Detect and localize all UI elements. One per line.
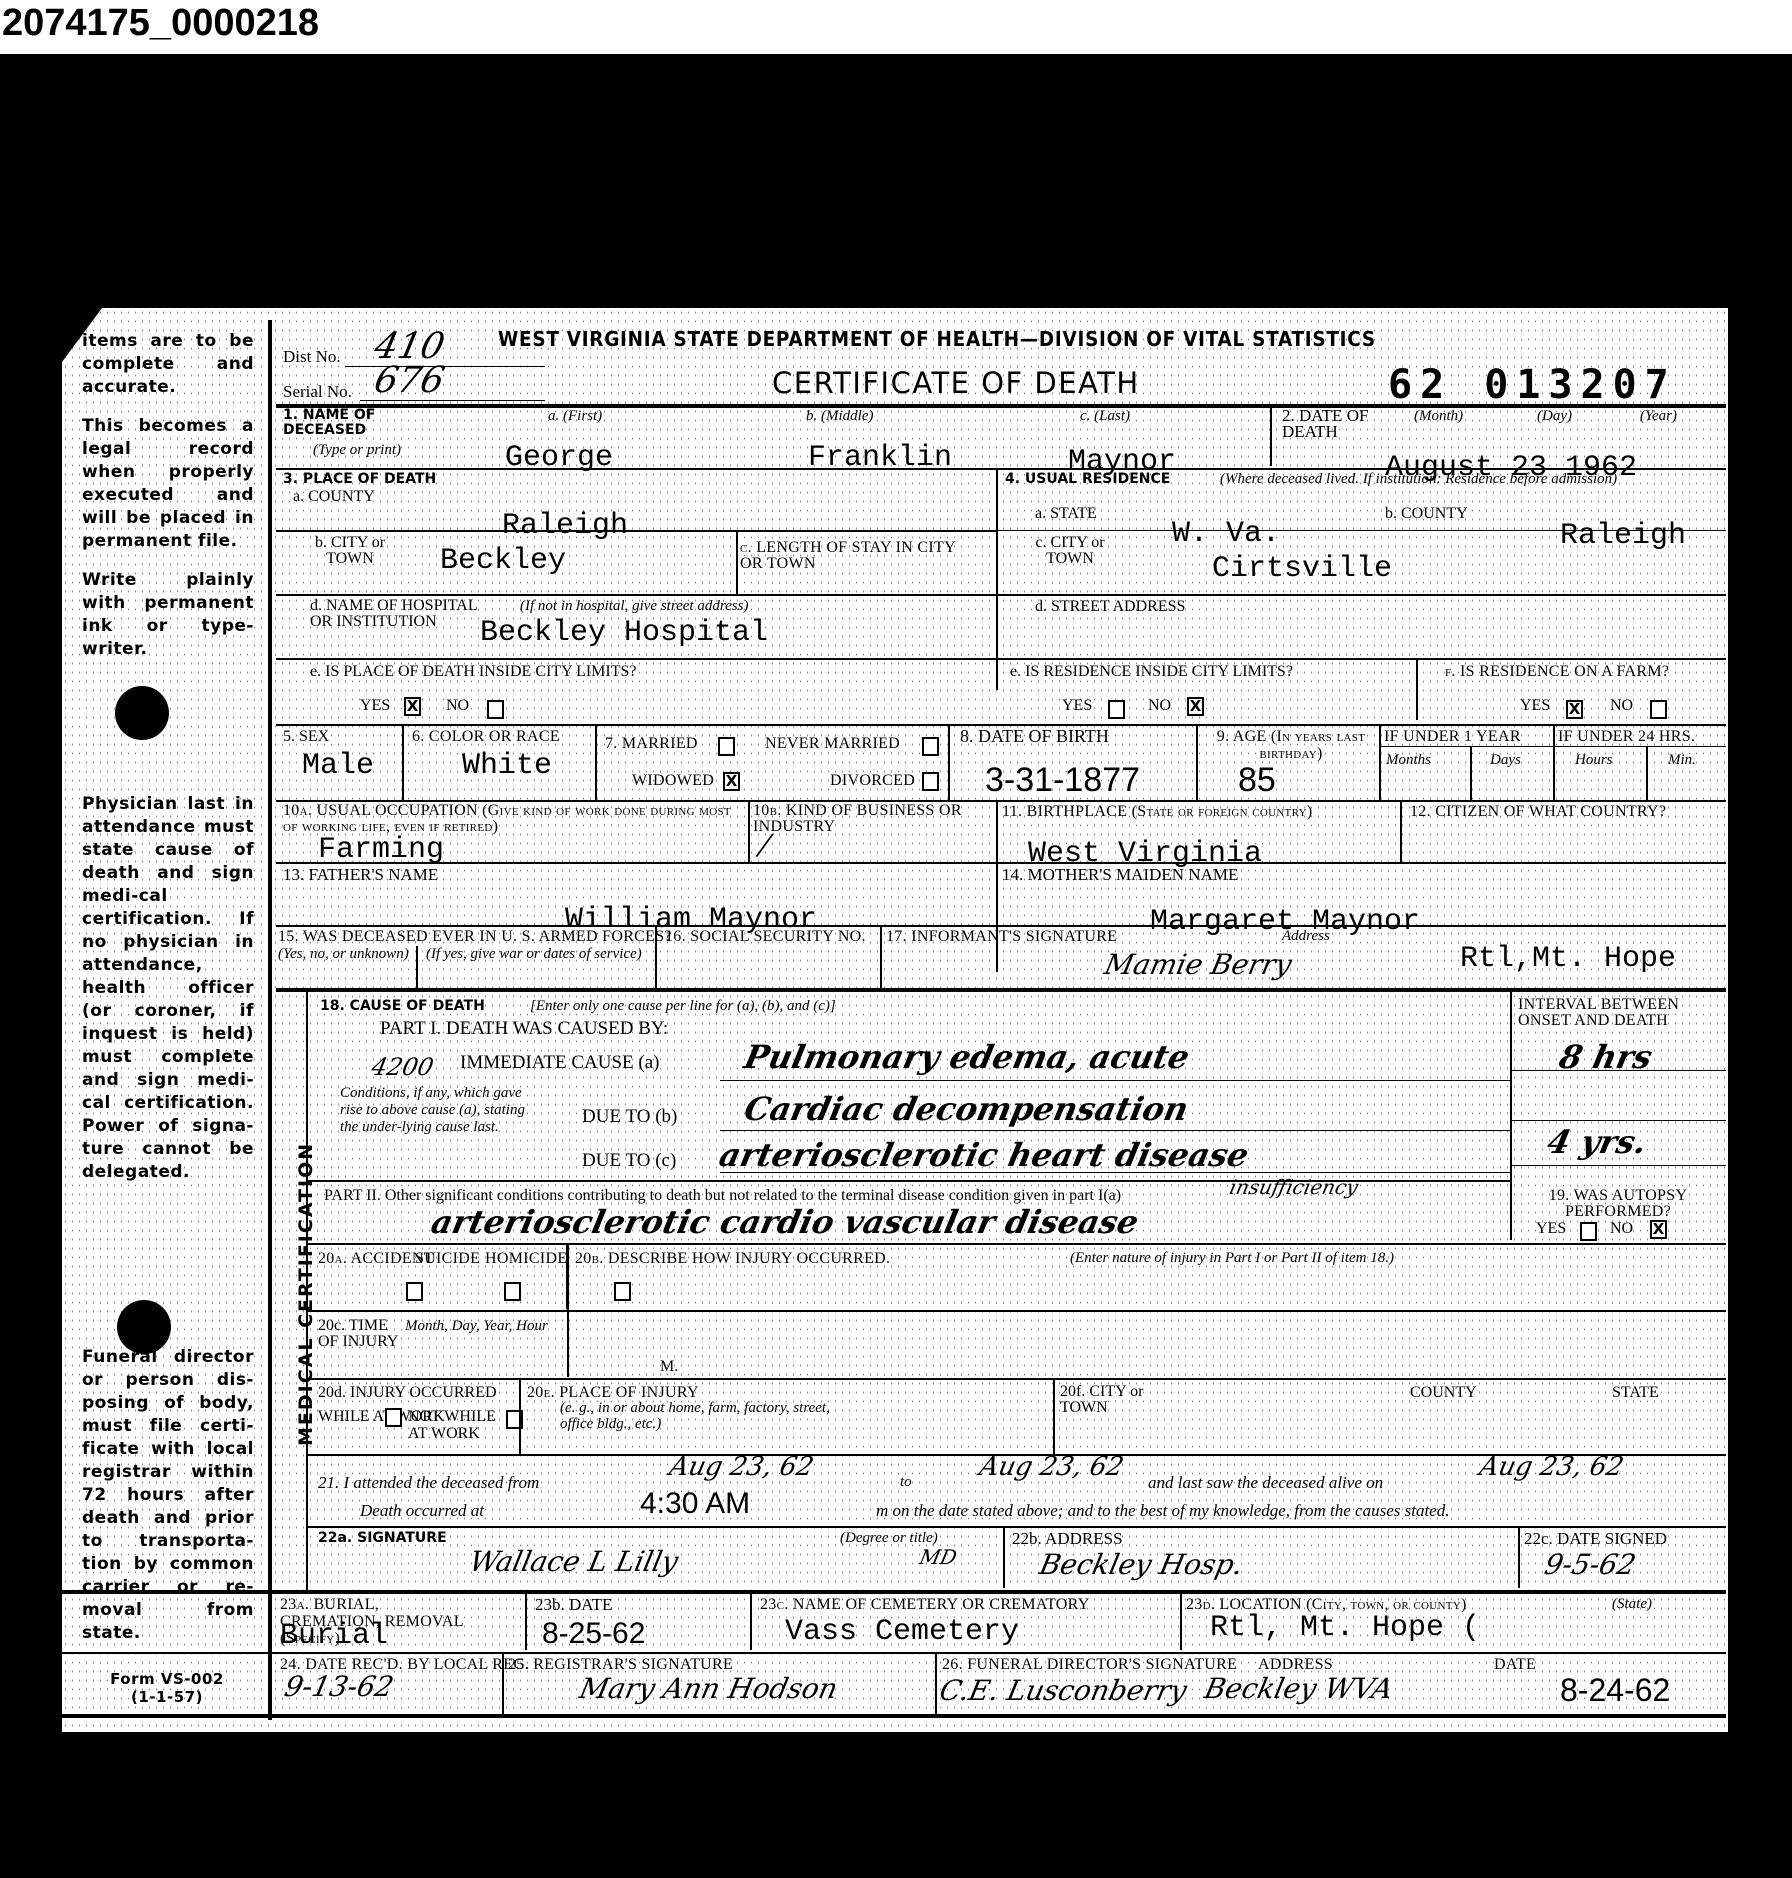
divider: [1646, 746, 1648, 800]
attended-to-value: Aug 23, 62: [976, 1450, 1126, 1484]
dist-no-label: Dist No.: [283, 348, 341, 365]
residence-city-limits-label: e. IS RESIDENCE INSIDE CITY LIMITS?: [1010, 663, 1293, 680]
cemetery-location-value: Rtl, Mt. Hope (: [1210, 1612, 1480, 1644]
yes-label: YES: [1536, 1220, 1566, 1237]
divider: [996, 802, 998, 972]
death-county-value: Raleigh: [502, 510, 628, 542]
divider: [1196, 726, 1198, 800]
funeral-date-label: DATE: [1494, 1656, 1536, 1673]
hospital-value: Beckley Hospital: [480, 617, 768, 649]
rule: [62, 1652, 1726, 1654]
rule: [720, 1172, 1510, 1173]
cemetery-label: 23c. NAME OF CEMETERY OR CREMATORY: [760, 1596, 1090, 1613]
rule: [276, 404, 1726, 408]
injury-occurred-label: 20d. INJURY OCCURRED: [318, 1384, 497, 1401]
residence-city-limits-yes-checkbox[interactable]: [1108, 700, 1125, 719]
homicide-label: HOMICIDE: [485, 1250, 567, 1267]
no-label: NO: [1148, 697, 1171, 714]
farm-yes-checkbox[interactable]: X: [1566, 700, 1583, 719]
informant-address-value: Rtl,Mt. Hope: [1460, 943, 1676, 975]
min-label: Min.: [1668, 752, 1696, 769]
rule: [306, 1310, 1726, 1312]
time-of-injury-label: 20c. TIME OF INJURY: [318, 1318, 408, 1350]
informant-address-label: Address: [1282, 928, 1330, 945]
autopsy-no-checkbox[interactable]: X: [1650, 1220, 1667, 1239]
rule: [306, 1526, 1726, 1528]
widowed-checkbox[interactable]: X: [723, 772, 740, 791]
divider: [519, 1380, 521, 1454]
instruction-5: Funeral director or person dis-posing of…: [82, 1346, 254, 1645]
form-date: (1-1-57): [92, 1688, 242, 1706]
divider: [748, 802, 750, 862]
married-label: 7. MARRIED: [605, 735, 698, 752]
part2-label: PART II. Other significant conditions co…: [324, 1187, 1121, 1204]
instructions-sidebar-physician: Physician last in attendance must state …: [82, 793, 254, 1200]
residence-city-limits-no-checkbox[interactable]: X: [1187, 697, 1204, 716]
rule: [996, 530, 1726, 531]
date-of-death-label: 2. DATE OF DEATH: [1282, 408, 1392, 440]
instruction-1: items are to be complete and accurate.: [82, 330, 254, 399]
funeral-address-label: ADDRESS: [1258, 1656, 1333, 1673]
interval-a-value: 8 hrs: [1556, 1040, 1655, 1074]
residence-state-value: W. Va.: [1172, 518, 1280, 550]
divider: [996, 470, 998, 690]
medical-certification-text: MEDICAL CERTIFICATION: [295, 1146, 317, 1446]
middle-name-label: b. (Middle): [806, 408, 873, 425]
age-label: 9. AGE (In years last birthday): [1206, 728, 1376, 762]
instruction-4: Physician last in attendance must state …: [82, 793, 254, 1184]
rule: [276, 925, 1726, 927]
date-signed-value: 9-5-62: [1541, 1548, 1638, 1582]
death-city-value: Beckley: [440, 545, 566, 577]
cemetery-state-label: (State): [1612, 1596, 1652, 1613]
suicide-label: SUICIDE: [415, 1250, 480, 1267]
death-city-label: b. CITY or TOWN: [310, 535, 390, 567]
immediate-cause-label: IMMEDIATE CAUSE (a): [460, 1054, 659, 1071]
farm-label: f. IS RESIDENCE ON A FARM?: [1445, 663, 1669, 680]
first-name-label: a. (First): [548, 408, 602, 425]
armed-forces-label: 15. WAS DECEASED EVER IN U. S. ARMED FOR…: [278, 928, 672, 945]
time-of-injury-m: M.: [660, 1358, 678, 1375]
residence-state-label: a. STATE: [1035, 505, 1097, 522]
physician-address-label: 22b. ADDRESS: [1012, 1530, 1123, 1547]
not-while-at-work-label: NOT WHILE AT WORK: [408, 1408, 518, 1442]
death-at-value: 4:30 AM: [640, 1488, 750, 1520]
attended-to-label: to: [900, 1474, 912, 1491]
place-of-death-label: 3. PLACE OF DEATH: [283, 471, 436, 488]
sex-label: 5. SEX: [283, 728, 329, 745]
under-year-label: IF UNDER 1 YEAR: [1384, 728, 1521, 745]
due-to-c-label: DUE TO (c): [582, 1152, 676, 1169]
punch-hole-icon: [115, 686, 169, 740]
funeral-address-value: Beckley WVA: [1201, 1672, 1396, 1706]
occupation-label: 10a. USUAL OCCUPATION (Give kind of work…: [283, 803, 743, 835]
death-at-label: Death occurred at: [360, 1502, 484, 1519]
divider: [416, 946, 418, 988]
cause-of-death-instruction: [Enter only one cause per line for (a), …: [530, 998, 836, 1015]
months-label: Months: [1386, 752, 1431, 769]
usual-residence-label: 4. USUAL RESIDENCE: [1005, 471, 1170, 488]
street-address-label: d. STREET ADDRESS: [1035, 598, 1185, 615]
sex-value: Male: [302, 750, 374, 782]
race-value: White: [462, 750, 552, 782]
divider: [736, 532, 738, 594]
part1-label: PART I. DEATH WAS CAUSED BY:: [380, 1020, 668, 1037]
divider: [1416, 660, 1418, 720]
certificate-number: 62 013207: [1388, 362, 1677, 408]
divider: [655, 927, 657, 989]
date-received-value: 9-13-62: [281, 1670, 396, 1704]
business-label: 10b. KIND OF BUSINESS OR INDUSTRY: [753, 803, 993, 835]
cause-code: 4200: [368, 1050, 436, 1084]
divider: [595, 726, 597, 800]
widowed-label: WIDOWED: [632, 772, 714, 789]
disposition-date-label: 23b. DATE: [535, 1596, 612, 1613]
yes-label: YES: [360, 697, 390, 714]
registrar-signature-value: Mary Ann Hodson: [576, 1672, 840, 1706]
divorced-checkbox[interactable]: [922, 772, 939, 791]
divider: [502, 1654, 504, 1716]
citizenship-label: 12. CITIZEN OF WHAT COUNTRY?: [1410, 803, 1666, 820]
medical-certification-label: MEDICAL CERTIFICATION: [276, 1150, 306, 1450]
divider: [1553, 726, 1555, 800]
place-of-injury-hint: (e. g., in or about home, farm, factory,…: [560, 1400, 860, 1432]
divider: [1470, 746, 1472, 800]
mother-name-label: 14. MOTHER'S MAIDEN NAME: [1002, 866, 1238, 883]
residence-county-value: Raleigh: [1560, 520, 1686, 552]
rule: [1510, 1120, 1726, 1121]
divider: [1510, 990, 1512, 1240]
injury-county-label: COUNTY: [1410, 1384, 1477, 1401]
last-saw-label: and last saw the deceased alive on: [1148, 1474, 1383, 1491]
rule: [276, 862, 1726, 864]
death-city-limits-label: e. IS PLACE OF DEATH INSIDE CITY LIMITS?: [310, 663, 637, 680]
part2-insert: insufficiency: [1226, 1170, 1361, 1204]
rule: [1510, 1070, 1726, 1071]
age-value: 85: [1238, 764, 1276, 796]
immediate-cause-value: Pulmonary edema, acute: [741, 1040, 1192, 1074]
death-city-limits-yes-checkbox[interactable]: X: [404, 697, 421, 716]
hospital-label: d. NAME OF HOSPITAL OR INSTITUTION: [310, 598, 490, 630]
attended-from-value: Aug 23, 62: [666, 1450, 816, 1484]
residence-city-label: c. CITY or TOWN: [1030, 535, 1110, 567]
divider: [525, 1594, 527, 1650]
divider: [948, 726, 950, 800]
informant-signature: Mamie Berry: [1101, 948, 1294, 982]
form-number: Form VS-002: [92, 1670, 242, 1688]
rule: [276, 594, 1726, 596]
yes-label: YES: [1520, 697, 1550, 714]
document-id: 2074175_0000218: [2, 2, 319, 45]
describe-injury-label: 20b. DESCRIBE HOW INJURY OCCURRED.: [575, 1250, 890, 1267]
instructions-sidebar-funeral: Funeral director or person dis-posing of…: [82, 1346, 254, 1661]
physician-signature-label: 22a. SIGNATURE: [318, 1530, 447, 1547]
funeral-date-value: 8-24-62: [1560, 1674, 1670, 1706]
injury-state-label: STATE: [1612, 1384, 1659, 1401]
certificate-title: CERTIFICATE OF DEATH: [772, 366, 1140, 400]
autopsy-yes-checkbox[interactable]: [1580, 1222, 1597, 1241]
instruction-2: This becomes a legal record when properl…: [82, 415, 254, 553]
residence-city-value: Cirtsville: [1212, 553, 1392, 585]
cause-of-death-label: 18. CAUSE OF DEATH: [320, 998, 485, 1015]
father-name-label: 13. FATHER'S NAME: [283, 866, 438, 883]
accident-checkbox[interactable]: [406, 1282, 423, 1301]
residence-county-label: b. COUNTY: [1385, 505, 1468, 522]
last-saw-value: Aug 23, 62: [1476, 1450, 1626, 1484]
registrar-signature-label: 25. REGISTRAR'S SIGNATURE: [508, 1656, 733, 1673]
farm-no-checkbox[interactable]: [1650, 700, 1667, 719]
due-to-b-value: Cardiac decompensation: [741, 1092, 1191, 1126]
disposition-date-value: 8-25-62: [542, 1618, 645, 1650]
divider: [1270, 406, 1272, 466]
instructions-sidebar: items are to be complete and accurate. T…: [82, 330, 254, 677]
death-county-label: a. COUNTY: [293, 488, 375, 505]
degree-value: MD: [916, 1540, 960, 1574]
rule: [720, 1130, 1510, 1131]
serial-no-underline: [360, 400, 545, 401]
conditions-note: Conditions, if any, which gave rise to a…: [340, 1085, 540, 1136]
name-label: 1. NAME OF DECEASED: [283, 408, 413, 438]
divider: [1400, 802, 1402, 862]
divider: [750, 1594, 752, 1650]
hospital-hint: (If not in hospital, give street address…: [520, 598, 748, 615]
physician-address-value: Beckley Hosp.: [1036, 1548, 1246, 1582]
disposition-value: Burial: [280, 1620, 388, 1652]
no-label: NO: [1610, 697, 1633, 714]
serial-no-value: 676: [371, 364, 447, 398]
while-at-work-checkbox[interactable]: [385, 1408, 402, 1427]
rule: [306, 1243, 1726, 1245]
divider: [880, 927, 882, 989]
armed-forces-sub1: (Yes, no, or unknown): [278, 946, 409, 963]
rule: [1510, 1165, 1726, 1166]
length-of-stay-label: c. LENGTH OF STAY IN CITY OR TOWN: [740, 540, 960, 572]
death-city-limits-no-checkbox[interactable]: [487, 700, 504, 719]
month-label: (Month): [1414, 408, 1463, 425]
informant-label: 17. INFORMANT'S SIGNATURE: [886, 928, 1117, 945]
divider: [1053, 1380, 1055, 1454]
divider: [1003, 1528, 1005, 1588]
funeral-director-value: C.E. Lusconberry: [936, 1674, 1189, 1708]
divider: [1180, 1594, 1182, 1650]
under-24-label: IF UNDER 24 HRS.: [1558, 728, 1695, 745]
time-of-injury-hint: Month, Day, Year, Hour: [405, 1318, 548, 1335]
year-label: (Year): [1640, 408, 1677, 425]
rule: [276, 468, 1726, 470]
hours-label: Hours: [1575, 752, 1613, 769]
day-label: (Day): [1537, 408, 1572, 425]
funeral-director-label: 26. FUNERAL DIRECTOR'S SIGNATURE: [942, 1656, 1237, 1673]
sidebar-divider: [268, 320, 272, 1720]
rule: [62, 1590, 1726, 1594]
armed-forces-sub2: (If yes, give war or dates of service): [426, 946, 642, 963]
date-signed-label: 22c. DATE SIGNED: [1524, 1530, 1667, 1547]
instruction-3: Write plainly with permanent ink or type…: [82, 569, 254, 661]
birthplace-label: 11. BIRTHPLACE (State or foreign country…: [1002, 803, 1312, 820]
dob-value: 3-31-1877: [985, 764, 1140, 796]
race-label: 6. COLOR OR RACE: [412, 728, 560, 745]
part2-value: arteriosclerotic cardio vascular disease: [428, 1205, 1141, 1239]
agency-title: WEST VIRGINIA STATE DEPARTMENT OF HEALTH…: [498, 327, 1376, 351]
days-label: Days: [1490, 752, 1521, 769]
serial-no-label: Serial No.: [283, 383, 352, 400]
physician-signature-value: Wallace L Lilly: [466, 1545, 681, 1579]
cemetery-value: Vass Cemetery: [785, 1616, 1019, 1648]
rule: [720, 1080, 1510, 1081]
divider: [1518, 1528, 1520, 1588]
ssn-label: 16. SOCIAL SECURITY NO.: [665, 928, 866, 945]
suicide-checkbox[interactable]: [504, 1282, 521, 1301]
dist-no-value: 410: [371, 330, 447, 364]
injury-city-label: 20f. CITY or TOWN: [1060, 1384, 1160, 1416]
attended-label: 21. I attended the deceased from: [318, 1474, 539, 1491]
yes-label: YES: [1062, 697, 1092, 714]
due-to-b-label: DUE TO (b): [582, 1108, 677, 1125]
married-checkbox[interactable]: [718, 737, 735, 756]
describe-injury-hint: (Enter nature of injury in Part I or Par…: [1070, 1250, 1394, 1267]
usual-residence-hint: (Where deceased lived. If institution: R…: [1220, 471, 1725, 487]
due-to-c-value: arteriosclerotic heart disease: [716, 1138, 1251, 1172]
dob-label: 8. DATE OF BIRTH: [960, 728, 1109, 745]
no-label: NO: [446, 697, 469, 714]
autopsy-label: 19. WAS AUTOPSY PERFORMED?: [1518, 1188, 1718, 1220]
interval-c-value: 4 yrs.: [1544, 1125, 1649, 1159]
homicide-checkbox[interactable]: [614, 1282, 631, 1301]
rule: [276, 530, 996, 532]
death-at-rest: m on the date stated above; and to the b…: [876, 1502, 1449, 1519]
last-name-label: c. (Last): [1080, 408, 1130, 425]
divider: [402, 726, 404, 800]
name-sublabel: (Type or print): [313, 442, 401, 459]
never-married-label: NEVER MARRIED: [765, 735, 900, 752]
interval-label: INTERVAL BETWEEN ONSET AND DEATH: [1518, 997, 1718, 1029]
divorced-label: DIVORCED: [830, 772, 915, 789]
divider: [1379, 726, 1381, 800]
never-married-checkbox[interactable]: [922, 737, 939, 756]
rule: [62, 1714, 1726, 1718]
no-label: NO: [1610, 1220, 1633, 1237]
rule: [276, 988, 1726, 992]
rule: [276, 658, 1726, 660]
place-of-injury-label: 20e. PLACE OF INJURY: [527, 1384, 699, 1401]
document-header-bar: 2074175_0000218: [0, 0, 1792, 54]
